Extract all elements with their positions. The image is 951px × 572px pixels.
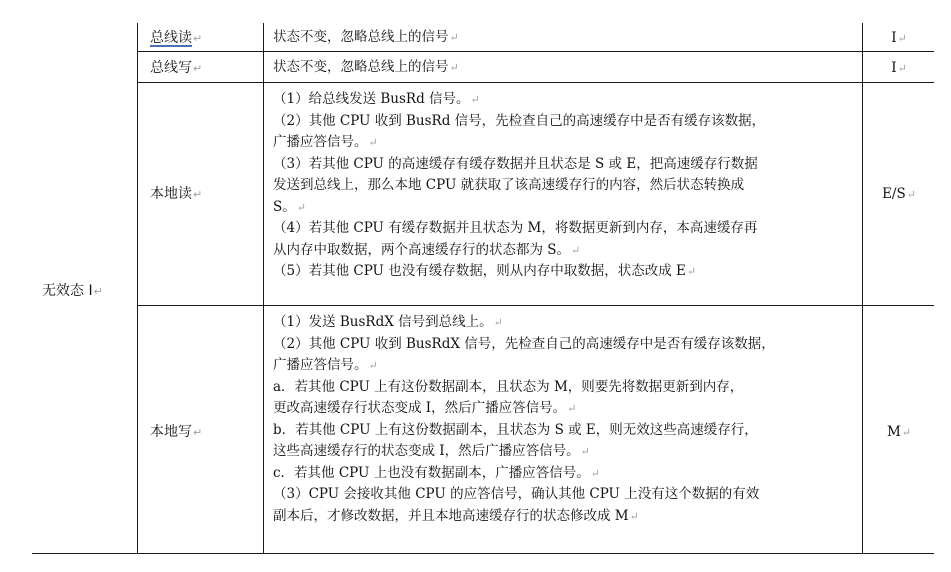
paragraph-mark-icon: ↵ <box>369 359 378 372</box>
description-line: 状态不变，忽略总线上的信号 <box>273 59 449 75</box>
description-line: （2）其他 CPU 收到 BusRdX 信号，先检查自己的高速缓存中是否有缓存该… <box>273 336 775 352</box>
table-row-bus-read-description: 状态不变，忽略总线上的信号↵ <box>273 27 858 49</box>
paragraph-mark-icon: ↵ <box>494 316 503 329</box>
table-row-local-read-description: （1）给总线发送 BusRd 信号。↵ （2）其他 CPU 收到 BusRd 信… <box>273 89 858 283</box>
paragraph-mark-icon: ↵ <box>907 188 916 201</box>
table-row-bus-read-next-state: I↵ <box>863 27 935 50</box>
row-divider-1 <box>137 51 934 52</box>
description-line: 从内存中取数据，两个高速缓存行的状态都为 S。 <box>273 242 570 258</box>
paragraph-mark-icon: ↵ <box>193 32 202 45</box>
description-line: S。 <box>273 199 296 215</box>
description-line: a．若其他 CPU 上有这份数据副本，且状态为 M，则要先将数据更新到内存， <box>273 379 743 395</box>
table-row-local-write-next-state: M↵ <box>863 421 935 444</box>
paragraph-mark-icon: ↵ <box>297 201 306 214</box>
row-divider-3 <box>137 305 934 306</box>
paragraph-mark-icon: ↵ <box>193 62 202 75</box>
table-row-bus-write-event: 总线写↵ <box>150 57 202 80</box>
paragraph-mark-icon: ↵ <box>369 136 378 149</box>
paragraph-mark-icon: ↵ <box>902 426 911 439</box>
description-line: 这些高速缓存行的状态变成 I，然后广播应答信号。 <box>273 443 580 459</box>
paragraph-mark-icon: ↵ <box>591 467 600 480</box>
paragraph-mark-icon: ↵ <box>567 402 576 415</box>
description-line: （2）其他 CPU 收到 BusRd 信号，先检查自己的高速缓存中是否有缓存该数… <box>273 113 765 129</box>
description-line: （3）若其他 CPU 的高速缓存有缓存数据并且状态是 S 或 E，把高速缓存行数… <box>273 156 758 172</box>
description-line: （4）若其他 CPU 有缓存数据并且状态为 M，将数据更新到内存，本高速缓存再 <box>273 220 757 236</box>
table-row-local-read-event: 本地读↵ <box>150 183 202 206</box>
col-divider-2 <box>263 23 264 554</box>
next-state: E/S <box>882 186 906 202</box>
table-bottom-border <box>32 553 934 554</box>
paragraph-mark-icon: ↵ <box>94 285 103 298</box>
description-line: 副本后，才修改数据，并且本地高速缓存行的状态修改成 M <box>273 508 629 524</box>
paragraph-mark-icon: ↵ <box>450 61 459 74</box>
table-row-local-read-next-state: E/S↵ <box>863 183 935 206</box>
description-line: （3）CPU 会接收其他 CPU 的应答信号，确认其他 CPU 上没有这个数据的… <box>273 486 759 502</box>
col-divider-3 <box>862 23 863 554</box>
paragraph-mark-icon: ↵ <box>581 445 590 458</box>
description-line: （1）给总线发送 BusRd 信号。 <box>273 91 470 107</box>
event-label: 本地读 <box>150 186 192 202</box>
state-label-text: 无效态 I <box>42 283 93 299</box>
event-label: 本地写 <box>150 424 192 440</box>
paragraph-mark-icon: ↵ <box>571 244 580 257</box>
paragraph-mark-icon: ↵ <box>898 32 907 45</box>
next-state: M <box>887 424 901 440</box>
event-label: 总线写 <box>150 60 192 76</box>
description-line: （1）发送 BusRdX 信号到总线上。 <box>273 314 493 330</box>
paragraph-mark-icon: ↵ <box>898 62 907 75</box>
table-row-bus-write-next-state: I↵ <box>863 57 935 80</box>
event-label: 总线读 <box>150 30 192 46</box>
table-row-local-write-event: 本地写↵ <box>150 421 202 444</box>
description-line: b．若其他 CPU 上有这份数据副本，且状态为 S 或 E，则无效这些高速缓存行… <box>273 422 758 438</box>
paragraph-mark-icon: ↵ <box>630 510 639 523</box>
row-divider-2 <box>137 82 934 83</box>
description-line: 广播应答信号。 <box>273 134 368 150</box>
table-row-local-write-description: （1）发送 BusRdX 信号到总线上。↵ （2）其他 CPU 收到 BusRd… <box>273 312 858 527</box>
paragraph-mark-icon: ↵ <box>193 188 202 201</box>
paragraph-mark-icon: ↵ <box>450 31 459 44</box>
description-line: （5）若其他 CPU 也没有缓存数据，则从内存中取数据，状态改成 E <box>273 263 686 279</box>
description-line: c．若其他 CPU 上也没有数据副本，广播应答信号。 <box>273 465 590 481</box>
paragraph-mark-icon: ↵ <box>471 93 480 106</box>
table-row-bus-read-event: 总线读↵ <box>150 27 202 50</box>
description-line: 状态不变，忽略总线上的信号 <box>273 29 449 45</box>
description-line: 发送到总线上，那么本地 CPU 就获取了该高速缓存行的内容，然后状态转换成 <box>273 177 744 193</box>
description-line: 广播应答信号。 <box>273 357 368 373</box>
state-label: 无效态 I↵ <box>42 280 103 303</box>
paragraph-mark-icon: ↵ <box>687 265 696 278</box>
table-row-bus-write-description: 状态不变，忽略总线上的信号↵ <box>273 57 858 79</box>
paragraph-mark-icon: ↵ <box>193 426 202 439</box>
description-line: 更改高速缓存行状态变成 I，然后广播应答信号。 <box>273 400 566 416</box>
col-divider-1 <box>137 23 138 554</box>
next-state: I <box>891 30 896 46</box>
next-state: I <box>891 60 896 76</box>
